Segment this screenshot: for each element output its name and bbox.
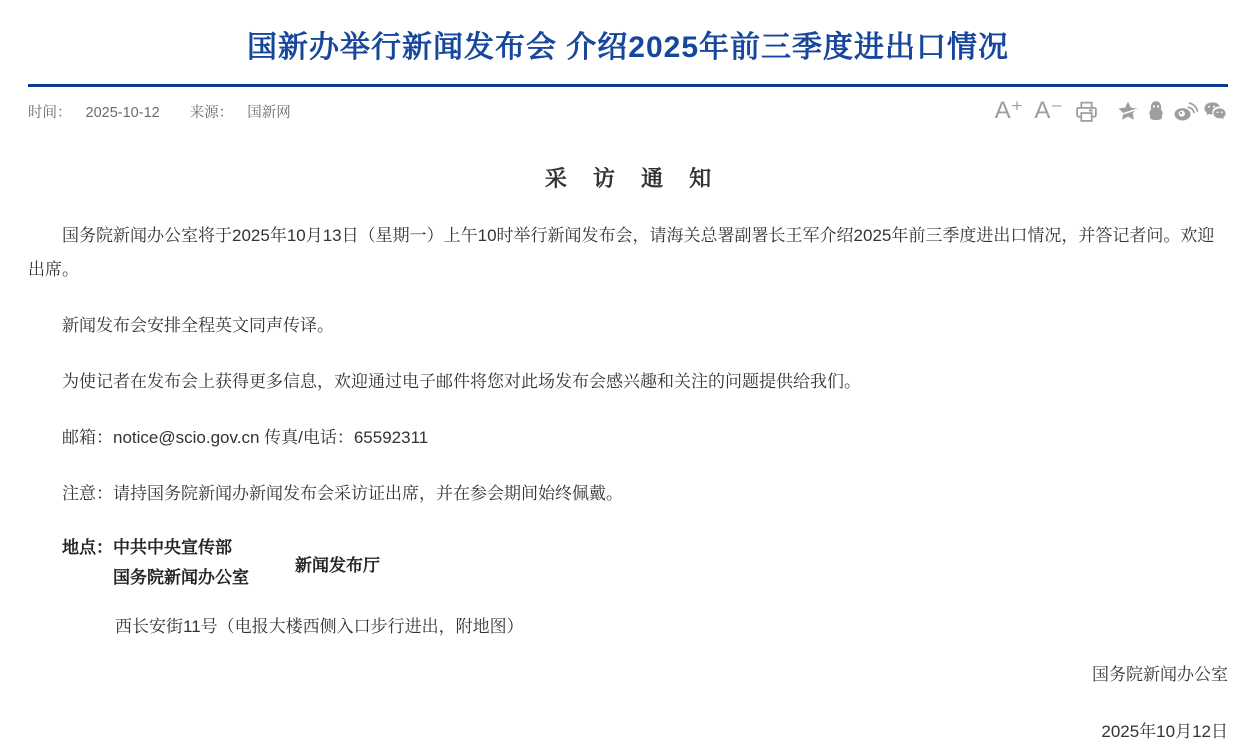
article-body: 采 访 通 知 国务院新闻办公室将于2025年10月13日（星期一）上午10时举…	[28, 162, 1228, 749]
header-divider	[28, 84, 1228, 87]
article-header: 国新办举行新闻发布会 介绍2025年前三季度进出口情况 时间： 2025-10-…	[28, 22, 1228, 126]
weibo-share-button[interactable]	[1172, 99, 1198, 123]
print-button[interactable]	[1074, 99, 1099, 124]
article-meta: 时间： 2025-10-12 来源： 国新网	[28, 101, 317, 122]
paragraph-interpretation: 新闻发布会安排全程英文同声传译。	[28, 309, 1228, 343]
signature-date: 2025年10月12日	[28, 715, 1228, 749]
venue-hall: 新闻发布厅	[295, 551, 380, 576]
meta-bar: 时间： 2025-10-12 来源： 国新网 A⁺ A⁻	[28, 96, 1228, 126]
print-icon	[1074, 99, 1099, 124]
venue-address: 西长安街11号（电报大楼西侧入口步行进出，附地图）	[28, 610, 1228, 644]
paragraph-notice: 注意：请持国务院新闻办新闻发布会采访证出席，并在参会期间始终佩戴。	[28, 477, 1228, 511]
qq-share-icon	[1144, 99, 1168, 123]
time-label: 时间：	[28, 105, 72, 121]
paragraph-announcement: 国务院新闻办公室将于2025年10月13日（星期一）上午10时举行新闻发布会，请…	[28, 219, 1228, 287]
paragraph-contact: 邮箱：notice@scio.gov.cn 传真/电话：65592311	[28, 421, 1228, 455]
source-label: 来源：	[190, 105, 234, 121]
venue-orgs: 中共中央宣传部 国务院新闻办公室	[113, 533, 249, 593]
page-title: 国新办举行新闻发布会 介绍2025年前三季度进出口情况	[28, 22, 1228, 66]
signature-org: 国务院新闻办公室	[28, 658, 1228, 692]
font-decrease-button[interactable]: A⁻	[1034, 99, 1063, 123]
qzone-share-button[interactable]	[1116, 99, 1140, 123]
wechat-share-icon	[1202, 99, 1228, 123]
article-toolbar: A⁺ A⁻	[995, 99, 1228, 124]
venue-label: 地点：	[62, 533, 113, 563]
paragraph-questions: 为使记者在发布会上获得更多信息，欢迎通过电子邮件将您对此场发布会感兴趣和关注的问…	[28, 365, 1228, 399]
venue-org-line2: 国务院新闻办公室	[113, 563, 249, 593]
notice-heading: 采 访 通 知	[28, 162, 1228, 193]
weibo-share-icon	[1172, 99, 1198, 123]
font-increase-button[interactable]: A⁺	[995, 99, 1024, 123]
venue-org-line1: 中共中央宣传部	[113, 533, 249, 563]
time-value: 2025-10-12	[86, 105, 160, 121]
qq-share-button[interactable]	[1144, 99, 1168, 123]
article-page: 国新办举行新闻发布会 介绍2025年前三季度进出口情况 时间： 2025-10-…	[0, 0, 1246, 749]
share-buttons	[1116, 99, 1228, 123]
wechat-share-button[interactable]	[1202, 99, 1228, 123]
qzone-share-icon	[1116, 99, 1140, 123]
source-value: 国新网	[247, 105, 291, 121]
venue-block: 地点： 中共中央宣传部 国务院新闻办公室 新闻发布厅	[28, 533, 1228, 593]
